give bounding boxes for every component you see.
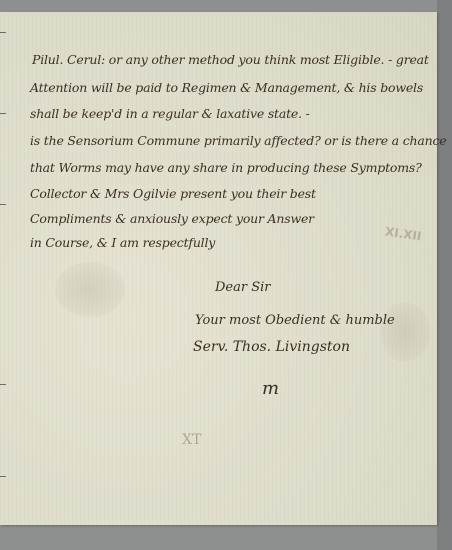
letter-line-1: Pilul. Cerul: or any other method you th… [32,52,429,67]
letter-line-8: in Course, & I am respectfully [30,235,215,250]
margin-tick [0,384,6,385]
letter-line-4: is the Sensorium Commune primarily affec… [30,133,446,148]
valediction: Your most Obedient & humble [195,313,395,328]
letter-line-2: Attention will be paid to Regimen & Mana… [30,80,423,95]
signature: Serv. Thos. Livingston [193,339,350,355]
margin-tick [0,113,6,114]
show-through-text: XT [182,432,201,448]
paper-stain [380,302,430,362]
letter-line-7: Compliments & anxiously expect your Answ… [30,211,314,226]
margin-tick [0,476,6,477]
mark: m [262,378,279,399]
letter-line-5: that Worms may have any share in produci… [30,160,422,175]
margin-tick [0,32,6,33]
margin-tick [0,204,6,205]
salutation: Dear Sir [215,280,271,295]
letter-line-3: shall be keep'd in a regular & laxative … [30,106,310,121]
paper-stain [55,262,125,317]
archive-stamp: XI.XII [384,225,422,244]
letter-line-6: Collector & Mrs Ogilvie present you thei… [30,186,316,201]
background-edge [437,0,452,550]
